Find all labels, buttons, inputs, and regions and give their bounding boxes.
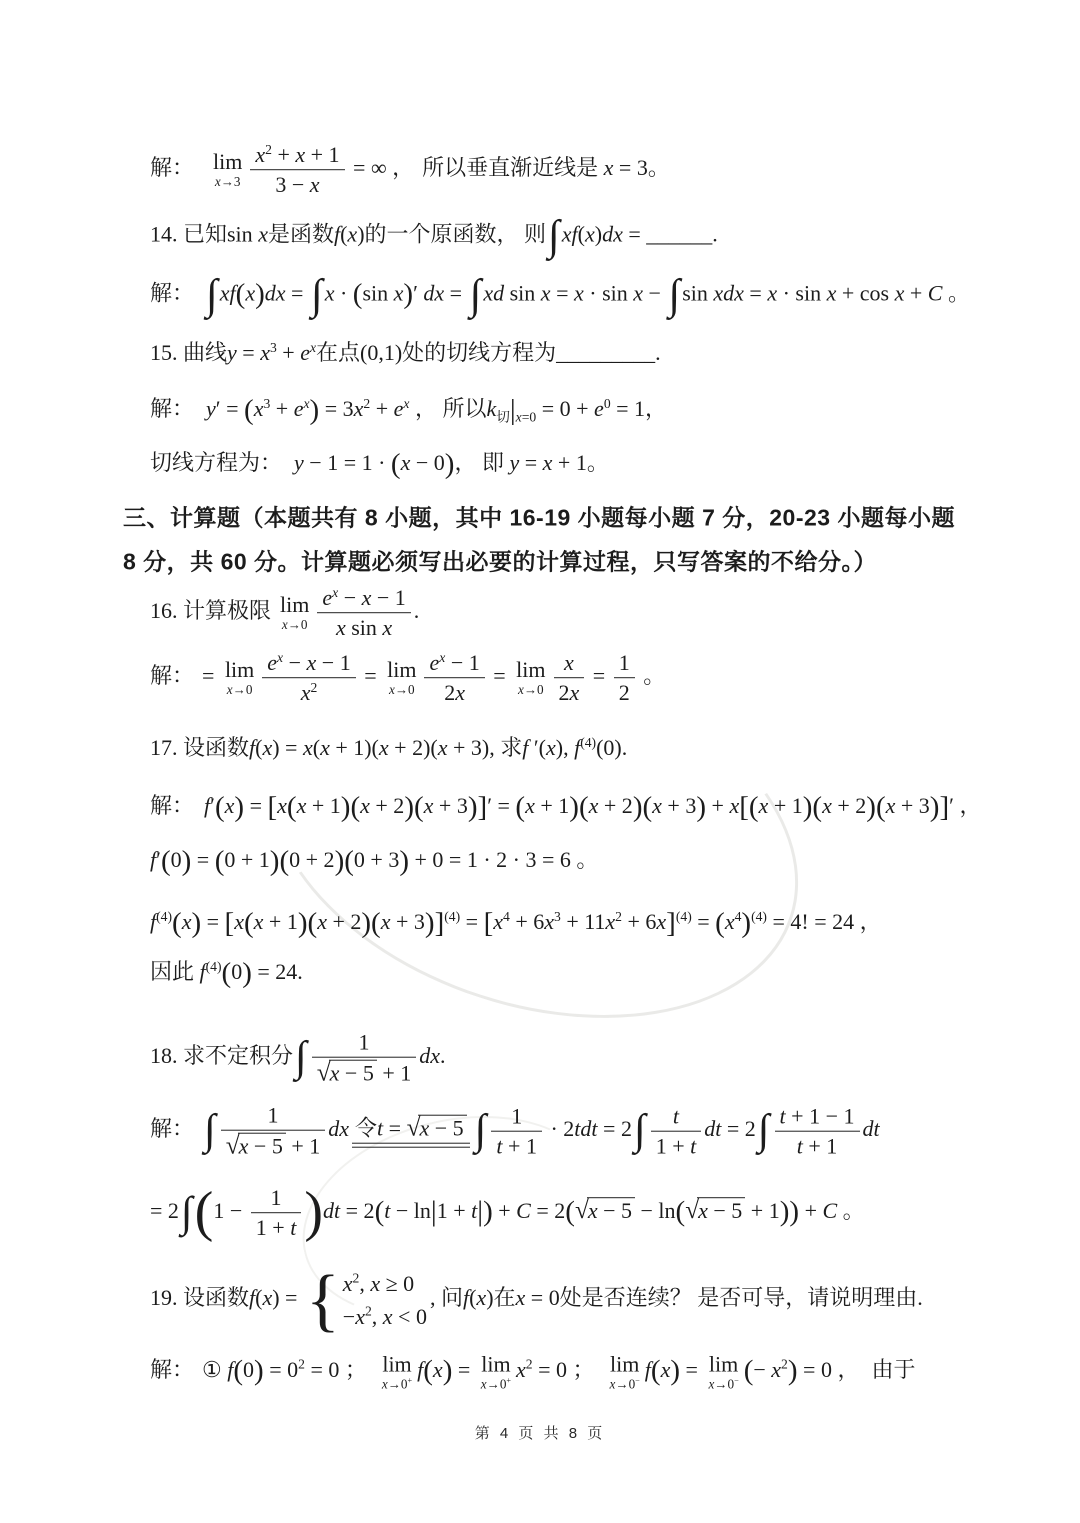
- big-delimiter: ): [780, 1196, 790, 1228]
- big-delimiter: (: [236, 278, 246, 310]
- sqrt: √x − 5: [685, 1196, 745, 1226]
- fraction: 12: [614, 650, 635, 706]
- limit: limx→3: [213, 150, 242, 189]
- fraction: 11 + t: [251, 1185, 302, 1241]
- big-delimiter: ): [242, 957, 252, 989]
- fraction: ex − x − 1x2: [262, 650, 355, 706]
- solution-14-line: 解：∫xf(x)dx = ∫x · (sin x)′ dx = ∫xd sin …: [150, 278, 970, 311]
- big-delimiter: ): [254, 1355, 264, 1387]
- integral-sign: ∫: [311, 271, 323, 318]
- huge-delimiter: ): [304, 1181, 323, 1243]
- big-delimiter: ]: [939, 791, 949, 823]
- big-delimiter: [: [225, 907, 235, 939]
- section-header-line1: 三、计算题（本题共有 8 小题，其中 16-19 小题每小题 7 分，20-23…: [123, 502, 955, 533]
- sqrt: √x − 5: [407, 1114, 467, 1140]
- big-delimiter: ): [182, 845, 192, 877]
- limit: limx→0: [387, 658, 416, 697]
- big-delimiter: ): [468, 791, 478, 823]
- solution-15-line2: 切线方程为：y − 1 = 1 · (x − 0)， 即 y = x + 1。: [150, 448, 609, 478]
- solution-18-line1: 解：∫1√x − 5 + 1dx令t = √x − 5∫1t + 1 · 2td…: [150, 1103, 880, 1160]
- big-delimiter: (: [676, 1196, 686, 1228]
- sqrt: √x − 5: [226, 1133, 286, 1159]
- big-delimiter: (: [414, 791, 424, 823]
- solution-17-line2: f′(0) = (0 + 1)(0 + 2)(0 + 3) + 0 = 1 · …: [150, 845, 598, 875]
- big-delimiter: ): [335, 845, 345, 877]
- big-delimiter: ]: [435, 907, 445, 939]
- fraction: ex − 12x: [424, 650, 484, 706]
- integral-sign: ∫: [758, 1107, 770, 1154]
- big-delimiter: ): [670, 1355, 680, 1387]
- integral-sign: ∫: [295, 1034, 307, 1081]
- question-16: 16. 计算极限limx→0ex − x − 1x sin x.: [150, 585, 419, 641]
- piecewise-cases: {x2, x ≥ 0−x2, x < 0: [306, 1267, 427, 1333]
- big-delimiter: (: [515, 791, 525, 823]
- fraction: x2 + x + 13 − x: [250, 142, 344, 198]
- big-delimiter: ): [425, 907, 435, 939]
- big-delimiter: ): [445, 448, 455, 480]
- page-footer: 第 4 页 共 8 页: [0, 1422, 1080, 1443]
- limit: limx→0−: [610, 1352, 640, 1391]
- solution-17-line3: f(4)(x) = [x(x + 1)(x + 2)(x + 3)](4) = …: [150, 907, 882, 937]
- big-delimiter: (: [308, 907, 318, 939]
- big-delimiter: [: [484, 907, 494, 939]
- limit: limx→0: [225, 658, 254, 697]
- limit: limx→0: [280, 593, 309, 632]
- big-delimiter: (: [279, 845, 289, 877]
- big-delimiter: ): [696, 791, 706, 823]
- big-delimiter: (: [812, 791, 822, 823]
- big-delimiter: ): [341, 791, 351, 823]
- big-delimiter: [: [267, 791, 277, 823]
- big-delimiter: ): [399, 845, 409, 877]
- integral-sign: ∫: [668, 271, 680, 318]
- huge-delimiter: (: [195, 1181, 214, 1243]
- sqrt: √x − 5: [575, 1196, 635, 1226]
- big-delimiter: ): [310, 394, 320, 426]
- big-delimiter: (: [350, 791, 360, 823]
- fraction: ex − x − 1x sin x: [317, 585, 410, 641]
- big-delimiter: ): [234, 791, 244, 823]
- big-delimiter: (: [244, 907, 254, 939]
- solution-15-line1: 解：y′ = (x3 + ex) = 3x2 + ex ， 所以k切|x=0 =…: [150, 394, 667, 424]
- big-delimiter: ): [403, 278, 413, 310]
- big-delimiter: (: [876, 791, 886, 823]
- big-delimiter: (: [161, 845, 171, 877]
- question-18: 18. 求不定积分∫1√x − 5 + 1dx.: [150, 1030, 446, 1087]
- big-delimiter: (: [579, 791, 589, 823]
- big-delimiter: (: [215, 845, 225, 877]
- big-delimiter: ): [803, 791, 813, 823]
- big-delimiter: ): [191, 907, 201, 939]
- big-delimiter: ): [361, 907, 371, 939]
- fraction: x2x: [554, 650, 585, 706]
- solution-13-line: 解：limx→3x2 + x + 13 − x = ∞ ，所以垂直渐近线是 x …: [150, 142, 670, 198]
- question-19: 19. 设函数f(x) = {x2, x ≥ 0−x2, x < 0, 问f(x…: [150, 1267, 923, 1333]
- solution-16-line: 解：= limx→0ex − x − 1x2 = limx→0ex − 12x …: [150, 650, 665, 706]
- section-header-line2: 8 分，共 60 分。计算题必须写出必要的计算过程，只写答案的不给分。）: [123, 546, 877, 577]
- integral-sign: ∫: [548, 212, 560, 259]
- big-delimiter: (: [233, 1355, 243, 1387]
- limit: limx→0: [516, 658, 545, 697]
- big-delimiter: [: [739, 791, 749, 823]
- big-delimiter: ): [404, 791, 414, 823]
- question-15: 15. 曲线y = x3 + ex在点(0,1)处的切线方程为_________…: [150, 338, 661, 368]
- big-delimiter: (: [391, 448, 401, 480]
- document-page: 解：limx→3x2 + x + 13 − x = ∞ ，所以垂直渐近线是 x …: [0, 0, 1080, 1523]
- big-delimiter: (: [423, 1355, 433, 1387]
- integral-sign: ∫: [181, 1189, 193, 1236]
- big-delimiter: (: [642, 791, 652, 823]
- big-delimiter: ): [255, 278, 265, 310]
- big-delimiter: (: [565, 1196, 575, 1228]
- substitution-note: 令t = √x − 5: [352, 1114, 470, 1147]
- limit: limx→0+: [382, 1352, 412, 1391]
- integral-sign: ∫: [206, 271, 218, 318]
- big-delimiter: ): [569, 791, 579, 823]
- big-delimiter: ): [298, 907, 308, 939]
- fraction: 1t + 1: [491, 1103, 542, 1159]
- fraction: t + 1 − 1t + 1: [775, 1103, 860, 1159]
- big-delimiter: (: [344, 845, 354, 877]
- sqrt: √x − 5: [317, 1060, 377, 1086]
- big-delimiter: (: [172, 907, 182, 939]
- big-delimiter: ): [866, 791, 876, 823]
- big-delimiter: (: [222, 957, 232, 989]
- question-14: 14. 已知sin x是函数f(x)的一个原函数， 则∫xf(x)dx = __…: [150, 219, 718, 252]
- fraction: 1√x − 5 + 1: [221, 1103, 326, 1160]
- big-delimiter: (: [651, 1355, 661, 1387]
- big-delimiter: (: [215, 791, 225, 823]
- solution-17-line1: 解：f′(x) = [x(x + 1)(x + 2)(x + 3)]′ = (x…: [150, 791, 981, 821]
- fraction: t1 + t: [651, 1103, 702, 1159]
- integral-sign: ∫: [475, 1107, 487, 1154]
- solution-18-line2: = 2∫(1 − 11 + t)dt = 2(t − ln|1 + t|) + …: [150, 1185, 865, 1241]
- big-delimiter: (: [371, 907, 381, 939]
- integral-sign: ∫: [470, 271, 482, 318]
- big-delimiter: (: [375, 1196, 385, 1228]
- big-delimiter: ): [483, 1196, 493, 1228]
- integral-sign: ∫: [634, 1107, 646, 1154]
- limit: limx→0+: [481, 1352, 511, 1391]
- big-delimiter: ]: [666, 907, 676, 939]
- big-delimiter: ): [788, 1355, 798, 1387]
- question-17: 17. 设函数f(x) = x(x + 1)(x + 2)(x + 3), 求f…: [150, 733, 627, 763]
- big-delimiter: (: [287, 791, 297, 823]
- limit: limx→0−: [708, 1352, 738, 1391]
- solution-19-line: 解：① f(0) = 02 = 0 ；limx→0+f(x) = limx→0+…: [150, 1352, 915, 1391]
- big-delimiter: (: [749, 791, 759, 823]
- big-delimiter: ]: [478, 791, 488, 823]
- big-delimiter: ): [741, 907, 751, 939]
- cases-brace: {: [306, 1274, 340, 1327]
- big-delimiter: (: [244, 394, 254, 426]
- solution-17-line4: 因此 f(4)(0) = 24.: [150, 957, 303, 987]
- big-delimiter: ): [789, 1196, 799, 1228]
- integral-sign: ∫: [204, 1107, 216, 1154]
- fraction: 1√x − 5 + 1: [312, 1030, 417, 1087]
- big-delimiter: ): [443, 1355, 453, 1387]
- big-delimiter: (: [715, 907, 725, 939]
- big-delimiter: (: [744, 1355, 754, 1387]
